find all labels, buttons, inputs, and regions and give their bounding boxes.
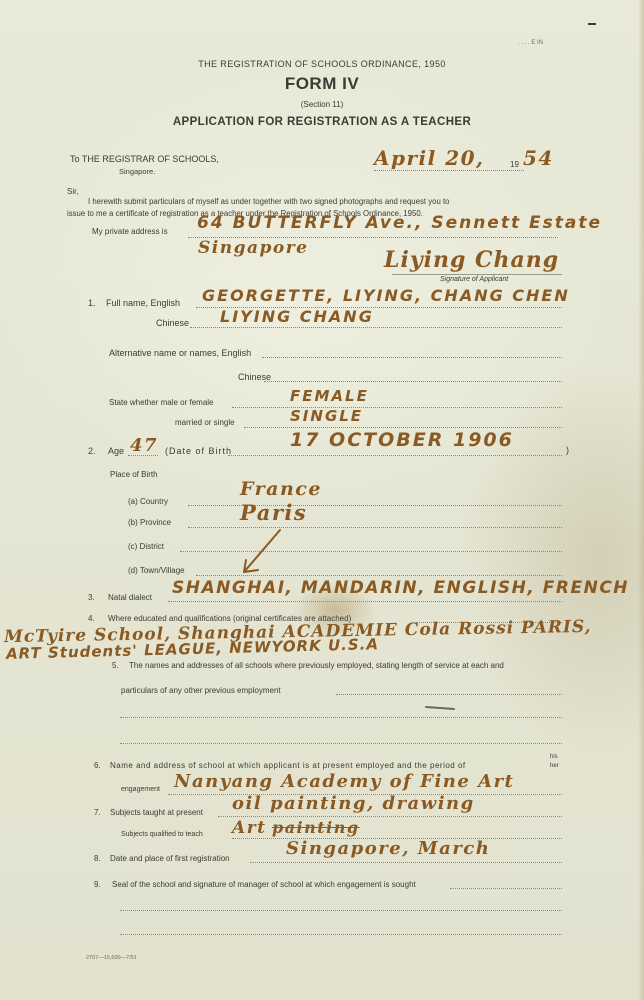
full-name-english-label: Full name, English xyxy=(106,298,180,308)
subjects-qualified-label: Subjects qualified to teach xyxy=(121,831,203,838)
sex-label: State whether male or female xyxy=(109,398,214,407)
province-label: (b) Province xyxy=(128,518,171,527)
q5-number: 5. xyxy=(112,661,119,670)
q7-number: 7. xyxy=(94,808,101,817)
first-registration-value[interactable]: Singapore, March xyxy=(286,838,490,859)
marital-line xyxy=(244,427,562,428)
date-line xyxy=(374,170,524,171)
q2-number: 2. xyxy=(88,446,96,456)
dialect-line xyxy=(168,601,562,602)
print-code: 2707—15,600—7/51 xyxy=(86,955,137,961)
arrow-icon xyxy=(236,528,286,578)
address-label: My private address is xyxy=(92,227,168,236)
subjects-qualified-value[interactable]: Art xyxy=(232,818,267,838)
first-registration-label: Date and place of first registration xyxy=(110,854,230,863)
first-registration-line xyxy=(250,862,562,863)
q3-number: 3. xyxy=(88,593,95,602)
previous-label-line1: The names and addresses of all schools w… xyxy=(129,661,504,670)
addressee-line2: Singapore. xyxy=(119,167,155,176)
salutation: Sir, xyxy=(67,187,79,196)
paper-edge xyxy=(638,0,644,1000)
q4-number: 4. xyxy=(88,614,95,623)
place-of-birth-label: Place of Birth xyxy=(110,470,158,479)
district-label: (c) District xyxy=(128,542,164,551)
q1-number: 1. xyxy=(88,298,96,308)
signature-line xyxy=(392,274,562,275)
marital-value[interactable]: SINGLE xyxy=(290,407,363,425)
seal-label: Seal of the school and signature of mana… xyxy=(112,880,416,889)
previous-line-3[interactable] xyxy=(120,743,562,744)
previous-line-2[interactable] xyxy=(120,717,562,718)
dob-line xyxy=(228,455,562,456)
engagement-value[interactable]: Nanyang Academy of Fine Art xyxy=(174,771,514,792)
his-label: his xyxy=(550,754,558,760)
full-name-chinese-label: Chinese xyxy=(156,318,189,328)
addressee-line1: To THE REGISTRAR OF SCHOOLS, xyxy=(70,154,219,164)
dob-close: ) xyxy=(566,445,569,455)
previous-label-line2: particulars of any other previous employ… xyxy=(121,686,281,695)
town-label: (d) Town/Village xyxy=(128,566,185,575)
subjects-taught-label: Subjects taught at present xyxy=(110,808,203,817)
q6-number: 6. xyxy=(94,761,101,770)
previous-line-1[interactable] xyxy=(336,694,562,695)
sex-value[interactable]: FEMALE xyxy=(290,387,369,405)
dialect-value[interactable]: SHANGHAI, MANDARIN, ENGLISH, FRENCH xyxy=(172,578,629,598)
application-year[interactable]: 54 xyxy=(523,146,554,170)
dialect-label: Natal dialect xyxy=(108,593,152,602)
country-value[interactable]: France xyxy=(240,478,322,500)
applicant-signature[interactable]: Liying Chang xyxy=(384,247,559,273)
province-value[interactable]: Paris xyxy=(240,500,307,525)
subjects-taught-line xyxy=(218,816,562,817)
q9-number: 9. xyxy=(94,880,101,889)
engagement-label: engagement xyxy=(121,786,160,793)
form-title: FORM IV xyxy=(0,74,644,94)
her-label: her xyxy=(550,763,559,769)
current-label-line1: Name and address of school at which appl… xyxy=(110,761,466,770)
full-name-english-value[interactable]: GEORGETTE, LIYING, CHANG CHEN xyxy=(202,286,570,305)
application-date[interactable]: April 20, xyxy=(374,146,485,170)
marital-label: married or single xyxy=(175,418,235,427)
full-name-chinese-value[interactable]: LIYING CHANG xyxy=(220,307,374,326)
seal-line-3[interactable] xyxy=(120,934,562,935)
intro-line1: I herewith submit particulars of myself … xyxy=(88,197,449,206)
dob-label: (Date of Birth xyxy=(165,446,232,456)
country-label: (a) Country xyxy=(128,497,168,506)
seal-line-2[interactable] xyxy=(120,910,562,911)
signature-label: Signature of Applicant xyxy=(440,276,508,283)
address-value-line1[interactable]: 64 BUTTERFLY Ave., Sennett Estate xyxy=(197,213,602,233)
full-name-chinese-line xyxy=(190,327,562,328)
ordinance-title: THE REGISTRATION OF SCHOOLS ORDINANCE, 1… xyxy=(0,59,644,69)
sex-line xyxy=(232,407,562,408)
alt-name-english-label: Alternative name or names, English xyxy=(109,348,251,358)
subjects-qualified-struck: painting xyxy=(272,818,360,837)
alt-name-english-line[interactable] xyxy=(262,357,562,358)
age-label: Age xyxy=(108,446,124,456)
age-value[interactable]: 47 xyxy=(130,435,158,456)
alt-name-chinese-line[interactable] xyxy=(264,381,562,382)
corner-mark xyxy=(588,23,596,25)
subjects-taught-value[interactable]: oil painting, drawing xyxy=(232,793,475,814)
year-prefix: 19 xyxy=(510,160,519,169)
seal-line-1[interactable] xyxy=(450,888,562,889)
address-value-line2[interactable]: Singapore xyxy=(198,238,309,258)
section-ref: (Section 11) xyxy=(0,100,644,109)
application-title: APPLICATION FOR REGISTRATION AS A TEACHE… xyxy=(0,116,644,128)
dob-value[interactable]: 17 OCTOBER 1906 xyxy=(290,429,514,451)
q8-number: 8. xyxy=(94,854,101,863)
corner-code: . . . . E IN xyxy=(518,40,543,46)
